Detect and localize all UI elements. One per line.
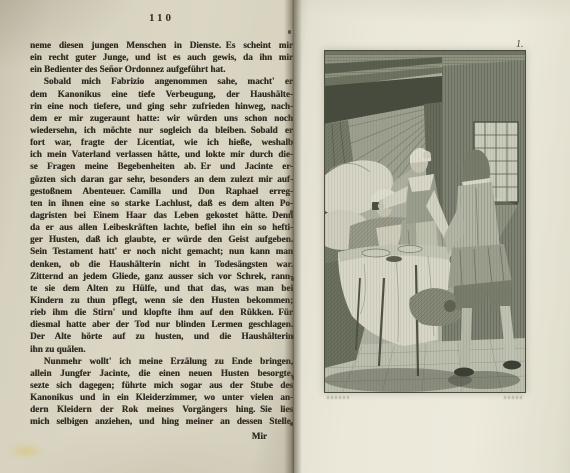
text-line: ein recht guter Junge, und ist es auch g…: [30, 51, 293, 63]
text-line: ger Husten, daß ich glaubte, er würde de…: [30, 233, 293, 245]
text-line: Sobald mich Fabrizio angenommen sahe, ma…: [30, 75, 293, 87]
engraver-signature-right: [504, 396, 524, 399]
text-line: dem er mir zugeraunt hatte: wir würden u…: [30, 112, 293, 124]
catchword: Mir: [30, 431, 267, 441]
text-line: rieb ihm die Stirn' und klopfte ihm auf …: [30, 306, 293, 318]
text-line: ich mein Vaterland verlassen hätte, und …: [30, 148, 293, 160]
text-line: Der Alte hörte auf zu husten, und die Ha…: [30, 330, 293, 342]
text-line: allein Jungfer Jacinte, die einen neuen …: [30, 367, 293, 379]
left-page: 110 neme diesen jungen Menschen in Diens…: [0, 0, 294, 473]
engraver-signature-left: [327, 396, 349, 399]
text-line: wiedersehn, ich möchte nur sogleich da b…: [30, 124, 293, 136]
text-line: ihn zu quälen.: [30, 343, 293, 355]
text-line: gestoßnem Abenteuer. Camilla und Don Rap…: [30, 185, 293, 197]
text-line: ten in ihnen eine so starke Lachlust, da…: [30, 197, 293, 209]
stitch-dot: [290, 210, 293, 214]
right-page: 1.: [294, 0, 570, 473]
text-line: te sie dem Alten zu Hülfe, und that das,…: [30, 282, 293, 294]
text-line: Nunmehr wollt' ich meine Erzälung zu End…: [30, 355, 293, 367]
stitch-dot: [290, 422, 293, 426]
text-line: da er aus allen Leibeskräften lachte, be…: [30, 221, 293, 233]
text-line: ein Bedienter des Señor Ordonnez aufgefü…: [30, 63, 293, 75]
text-line: rin eine noch tiefere, und ging sehr zuf…: [30, 100, 293, 112]
text-line: dagristen bei Einem Haar das Leben gekos…: [30, 209, 293, 221]
text-line: diesmal hatte aber der Tod nur blinden L…: [30, 318, 293, 330]
text-line: Zitternd an jedem Gliede, ganz ausser si…: [30, 270, 293, 282]
foxing-stain: [6, 442, 46, 460]
text-line: mich selbigen anziehen, und hing meiner …: [30, 415, 293, 427]
text-line: denken, ob die Haushälterin nicht in Tod…: [30, 258, 293, 270]
plate-number: 1.: [516, 39, 524, 50]
text-line: neme diesen jungen Menschen in Dienste. …: [30, 39, 293, 51]
text-line: Kanonikus und in ein Kleiderzimmer, wo u…: [30, 391, 293, 403]
page-number: 110: [30, 12, 293, 24]
text-line: dem Kanonikus eine tiefe Verbeugung, der…: [30, 88, 293, 100]
text-line: sezte sich dagegen; führte mich sogar au…: [30, 379, 293, 391]
body-text-block: neme diesen jungen Menschen in Dienste. …: [30, 39, 293, 428]
text-line: fort war, fragte der Licentiat, wie ich …: [30, 136, 293, 148]
stitch-dot: [288, 30, 291, 34]
text-line: Sein Testament hatt' er noch nicht gemac…: [30, 245, 293, 257]
engraving-plate: [324, 50, 526, 393]
text-line: Kindern zu thun pflegt, wenn sie den Hus…: [30, 294, 293, 306]
text-line: se Fragen meine Begebenheiten ab. Er und…: [30, 160, 293, 172]
text-line: dern Kleidern der Rok meines Vorgängers …: [30, 403, 293, 415]
book-spread: 110 neme diesen jungen Menschen in Diens…: [0, 0, 570, 473]
text-line: gözten sich daran gar sehr, besonders an…: [30, 173, 293, 185]
